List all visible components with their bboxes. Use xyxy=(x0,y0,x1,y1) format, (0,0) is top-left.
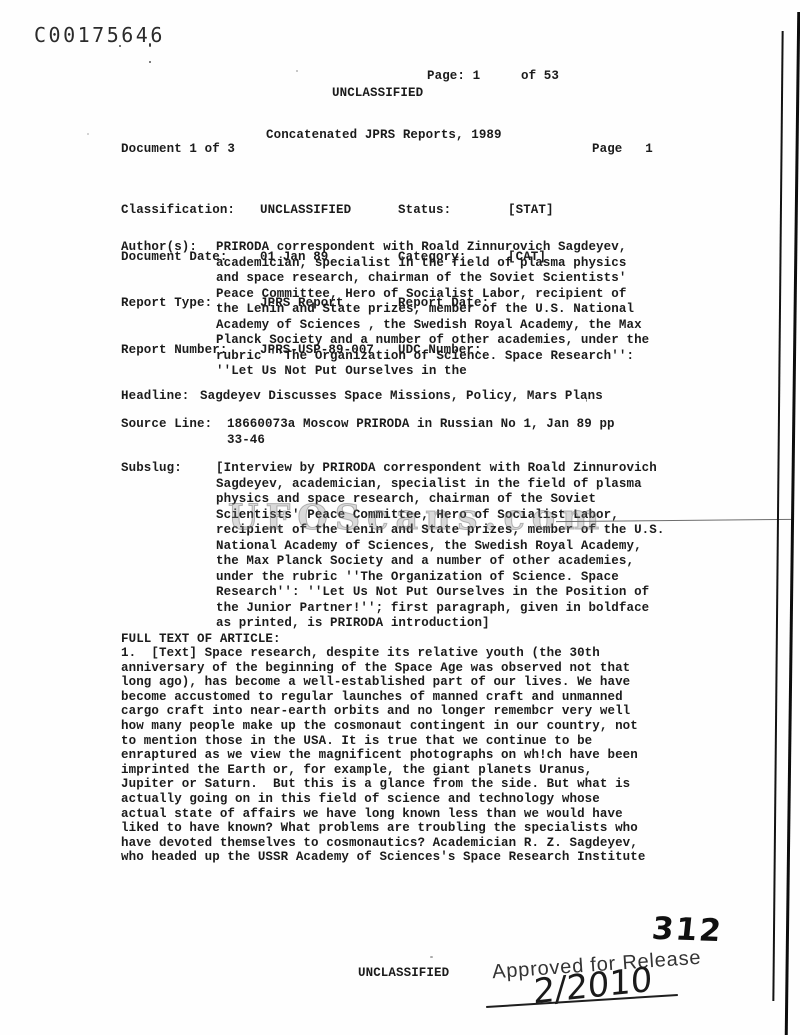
subslug-text: [Interview by PRIRODA correspondent with… xyxy=(216,461,664,632)
vertical-scan-artifact-line-outer xyxy=(785,12,800,1035)
meta-label: Status: xyxy=(398,203,451,219)
scan-speck xyxy=(430,956,433,958)
handwritten-page-number: 312 xyxy=(650,913,724,948)
scan-speck xyxy=(119,45,121,47)
document-title: Concatenated JPRS Reports, 1989 xyxy=(266,128,502,144)
meta-label: Report Type: xyxy=(121,296,212,312)
source-line-text: 18660073a Moscow PRIRODA in Russian No 1… xyxy=(227,417,615,448)
scan-speck xyxy=(149,43,151,47)
meta-label: Report Number: xyxy=(121,343,227,359)
author-label: Author(s): xyxy=(121,240,197,256)
headline-label: Headline: xyxy=(121,389,189,405)
source-line-label: Source Line: xyxy=(121,417,212,433)
author-text: PRIRODA correspondent with Roald Zinnuro… xyxy=(216,240,649,380)
subslug-label: Subslug: xyxy=(121,461,182,477)
header-page-of: of 53 xyxy=(521,69,559,85)
meta-value: [STAT] xyxy=(508,203,554,219)
header-page-number: Page: 1 xyxy=(427,69,480,85)
meta-value: UNCLASSIFIED xyxy=(260,203,351,219)
header-classification: UNCLASSIFIED xyxy=(332,86,423,102)
metadata-row: Classification: UNCLASSIFIED Status: [ST… xyxy=(121,203,721,219)
document-count: Document 1 of 3 xyxy=(121,142,235,158)
meta-label: Classification: xyxy=(121,203,235,219)
scan-speck xyxy=(296,70,298,72)
ufoscans-watermark: UFOScans.com xyxy=(228,499,606,537)
scanned-document-page: C00175646 Page: 1 of 53 UNCLASSIFIED Con… xyxy=(0,0,800,1035)
headline-text: Sagdeyev Discusses Space Missions, Polic… xyxy=(200,389,603,405)
scan-speck xyxy=(149,61,151,63)
page-indicator: Page 1 xyxy=(592,142,653,158)
footer-classification: UNCLASSIFIED xyxy=(358,966,449,982)
scan-speck xyxy=(87,133,89,135)
scan-id-stamp: C00175646 xyxy=(34,24,165,46)
article-body-text: 1. [Text] Space research, despite its re… xyxy=(121,646,645,865)
vertical-scan-artifact-line-inner xyxy=(772,31,783,1001)
